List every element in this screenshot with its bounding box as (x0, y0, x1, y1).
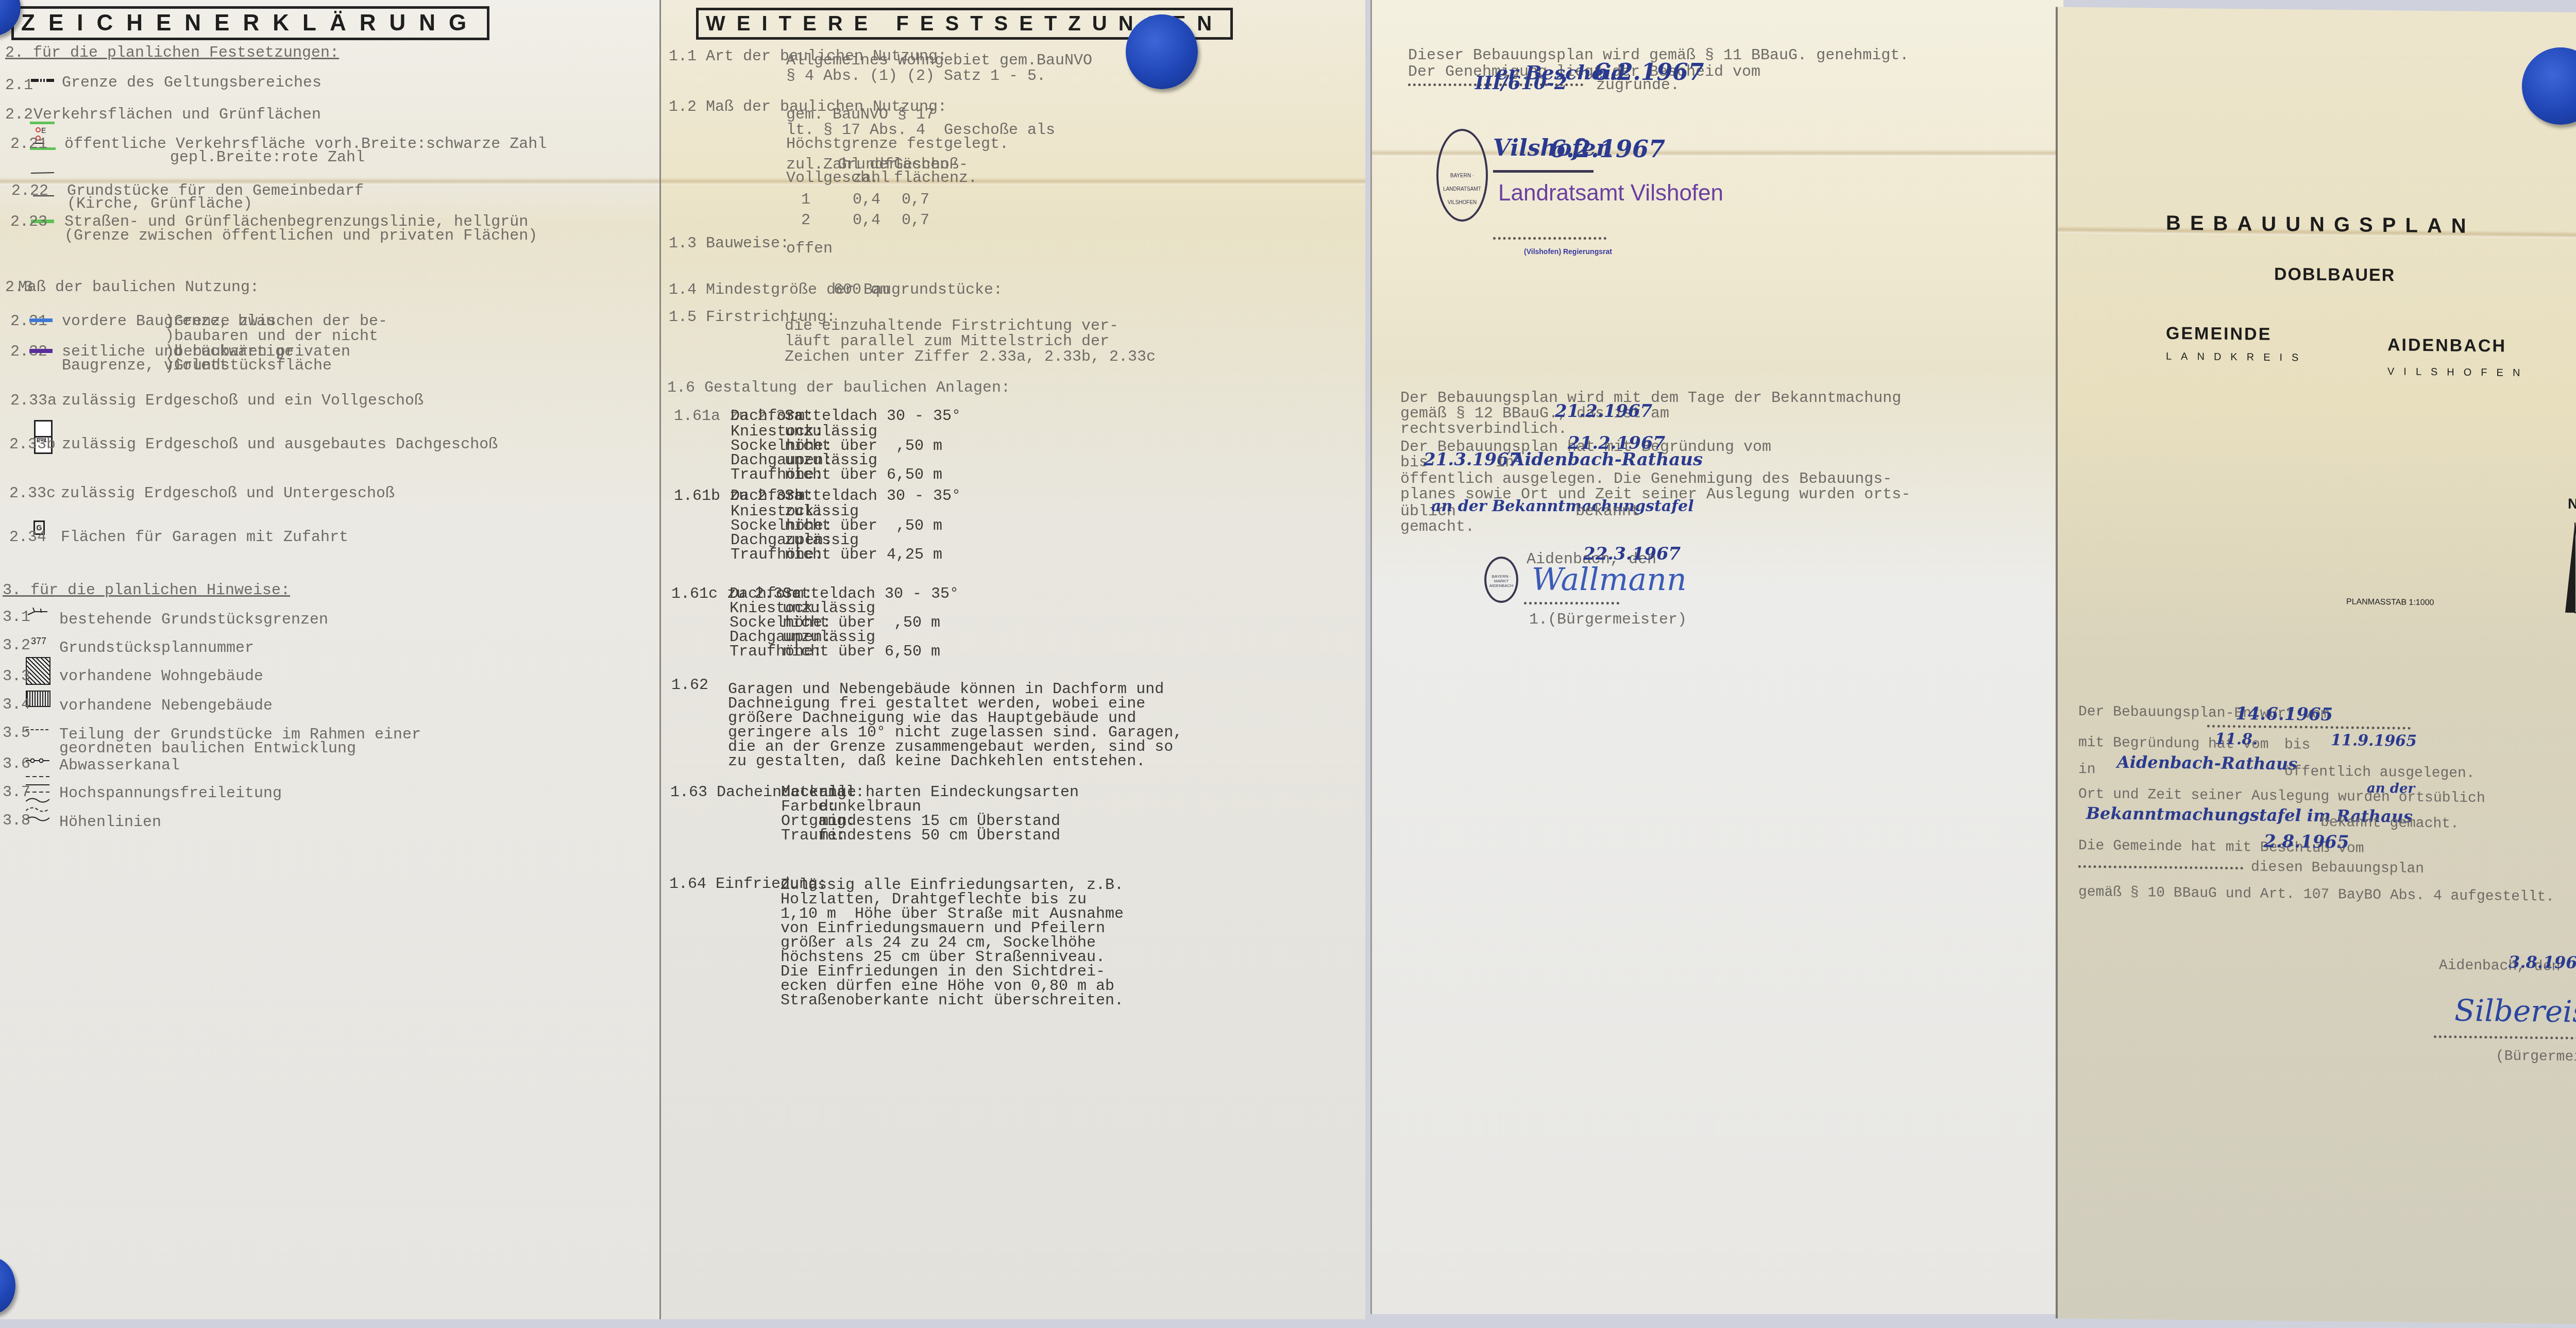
landkreis-label: LANDKREIS (2166, 351, 2308, 364)
authority-stamp: Landratsamt Vilshofen (1498, 180, 1723, 206)
paper-fold (661, 178, 1365, 185)
procedure-text: gemäß § 10 BBauG und Art. 107 BayBO Abs.… (2078, 883, 2554, 907)
item-text: gepl.Breite:rote Zahl (170, 148, 365, 167)
row-value: nicht über 6,50 m (783, 643, 940, 661)
hint-text: vorhandene Nebengebäude (59, 697, 273, 715)
signature-stamp: (Vilshofen) Regierungsrat (1524, 247, 1612, 256)
hint-num: 3.2 (3, 636, 30, 655)
s13-label: 1.3 Bauweise: (669, 234, 789, 253)
title-panel: BEBAUUNGSPLAN DOBLBAUER GEMEINDE AIDENBA… (2056, 7, 2576, 1325)
procedure-text: bis (2284, 736, 2310, 755)
s14-value: 600 qm (834, 281, 889, 299)
item-num: 2.22 (11, 182, 48, 200)
hint-text: Höhenlinien (59, 813, 161, 832)
s11-value: § 4 Abs. (1) (2) Satz 1 - 5. (786, 67, 1046, 86)
table-header: flächenz. (894, 169, 977, 188)
item-text: zulässig Erdgeschoß und Untergeschoß (61, 484, 395, 503)
item-num: 2.33b (9, 435, 56, 454)
item-text: (Grenze zwischen öffentlichen und privat… (64, 227, 537, 245)
table-cell: 2 (801, 211, 810, 230)
svg-text:E: E (41, 126, 46, 135)
s12-value: Höchstgrenze festgelegt. (786, 135, 1009, 154)
table-cell: 0,4 (853, 191, 880, 209)
stamp-text: BAYERN · MARKT AIDENBACH (1489, 574, 1514, 588)
handwritten-date: 22.3.1967 (1583, 544, 1681, 564)
scale-label: PLANMASSTAB 1:1000 (2346, 597, 2434, 608)
north-arrow-icon (2565, 523, 2576, 615)
north-label: N (2568, 496, 2576, 512)
item-num: 2.21 (10, 135, 47, 154)
gemeinde-label: GEMEINDE (2166, 324, 2272, 345)
item-num: 2.34 (9, 528, 46, 547)
handwritten-place: Aidenbach-Rathaus (2117, 752, 2297, 774)
gemeinde-name: AIDENBACH (2387, 335, 2506, 356)
violet-line-icon (29, 349, 53, 354)
table-cell: 0,4 (853, 211, 880, 230)
mayor-signature: Silbereisen (2454, 993, 2576, 1030)
s164-text: Straßenoberkante nicht überschreiten. (781, 991, 1124, 1010)
handwritten-date: 6.2.1967 (1550, 135, 1665, 163)
handwritten-reference: III/610-2 (1475, 72, 1567, 94)
item-text: Verkehrsflächen und Grünflächen (33, 106, 321, 124)
parcel-boundary-icon (27, 607, 50, 617)
s16-label: 1.6 Gestaltung der baulichen Anlagen: (667, 379, 1010, 397)
landkreis-name: VILSHOFEN (2387, 366, 2529, 379)
plan-name: DOBLBAUER (2274, 264, 2395, 285)
dotted-line (2078, 865, 2243, 869)
s162-text: zu gestalten, daß keine Dachkehlen entst… (728, 752, 1145, 771)
bavaria-stamp-vilshofen: BAYERN · LANDRATSAMT VILSHOFEN (1436, 129, 1488, 222)
handwritten-note: an der (2367, 781, 2415, 797)
procedure-text: in (2078, 761, 2096, 779)
signature-label: 1.(Bürgermeister) (1529, 611, 1687, 629)
dotted-line (2207, 725, 2411, 730)
item-num: 2.33c (9, 484, 56, 503)
dotted-line (2434, 1035, 2576, 1039)
item-text: zulässig Erdgeschoß und ein Vollgeschoß (62, 392, 423, 410)
item-text: Flächen für Garagen mit Zufahrt (61, 528, 348, 547)
approval-text: rechtsverbindlich. (1400, 420, 1567, 439)
s13-value: offen (786, 240, 833, 258)
item-num: 2.33a (10, 392, 57, 410)
blue-line-icon (29, 318, 53, 323)
item-num: 2.23 (10, 213, 47, 231)
handwritten-date: 14.6.1965 (2235, 703, 2333, 725)
hint-text: Abwasserkanal (59, 757, 180, 775)
handwritten-date: 11.8. (2215, 730, 2258, 749)
magnet-pin (1126, 14, 1198, 89)
item-num: 2.2 (5, 106, 33, 124)
hint-num: 3.8 (3, 812, 30, 830)
item-text: zulässig Erdgeschoß und ausgebautes Dach… (62, 435, 498, 454)
hint-num: 3.4 (3, 696, 30, 714)
handwritten-place: Aidenbach-Rathaus (1511, 449, 1703, 470)
handwritten-location: an der Bekanntmachungstafel (1431, 497, 1694, 515)
plan-title: BEBAUUNGSPLAN (2166, 212, 2476, 238)
section2-heading: 2. für die planlichen Festsetzungen: (5, 44, 339, 62)
plan-number-symbol: 377 (31, 636, 46, 647)
table-cell: 0,7 (902, 211, 929, 230)
handwritten-date: 2.8.1965 (2264, 831, 2349, 853)
dotted-line (1524, 602, 1619, 604)
legend-title: ZEICHENERKLÄRUNG (11, 6, 489, 40)
hint-text: Hochspannungsfreileitung (59, 784, 282, 803)
s162-label: 1.62 (671, 676, 708, 695)
hint-text: Grundstücksplannummer (59, 639, 254, 658)
table-header: zahl (853, 169, 890, 188)
hint-num: 3.6 (3, 755, 30, 774)
boundary-line-icon (31, 77, 54, 83)
item-text: Grenze des Geltungsbereiches (62, 74, 321, 92)
regulations-panel: WEITERE FESTSETZUNGEN 1.1 Art der baulic… (659, 0, 1365, 1319)
row-value: mindestens 50 cm Überstand (819, 827, 1060, 845)
hint-num: 3.5 (3, 724, 30, 743)
handwritten-date: 21.2.1967 (1555, 401, 1652, 422)
hint-text: bestehende Grundstücksgrenzen (59, 611, 328, 629)
table-cell: 1 (801, 191, 810, 209)
bavaria-stamp-aidenbach: BAYERN · MARKT AIDENBACH (1484, 557, 1518, 603)
procedure-text: bekannt gemacht. (2320, 814, 2459, 834)
approval-text: bekannt (1575, 502, 1640, 521)
approval-text: gemacht. (1400, 518, 1475, 536)
underline (1493, 170, 1594, 173)
mayor-signature: Wallmann (1532, 562, 1687, 598)
item-text: Maß der baulichen Nutzung: (18, 278, 259, 297)
stamp-text: BAYERN · LANDRATSAMT VILSHOFEN (1443, 173, 1481, 206)
signature-label: (Bürgermeister) (2496, 1047, 2576, 1067)
handwritten-date: 11.9.1965 (2331, 731, 2417, 750)
legend-panel: ZEICHENERKLÄRUNG 2. für die planlichen F… (0, 0, 665, 1319)
hint-text: geordneten baulichen Entwicklung (59, 739, 356, 758)
section3-heading: 3. für die planlichen Hinweise: (3, 581, 290, 600)
item-num: 2.1 (5, 76, 33, 95)
approval-panel: Dieser Bebauungsplan wird gemäß § 11 BBa… (1370, 0, 2063, 1314)
procedure-text: öffentlich ausgelegen. (2284, 763, 2475, 783)
dotted-line (1493, 237, 1606, 240)
handwritten-date: 6.2.1967 (1594, 59, 1704, 86)
hint-num: 3.3 (3, 667, 30, 686)
procedure-text: diesen Bebauungsplan (2251, 858, 2424, 879)
handwritten-date: 3.8.1965 (2509, 952, 2576, 973)
item-text: (Kirche, Grünfläche) (67, 195, 252, 213)
s15-value: Zeichen unter Ziffer 2.33a, 2.33b, 2.33c (785, 348, 1156, 366)
hint-num: 3.1 (3, 608, 30, 627)
table-cell: 0,7 (902, 191, 929, 209)
row-value: nicht über 6,50 m (785, 466, 942, 484)
bracket-note: )Grundstücksfläche (165, 357, 332, 375)
row-value: nicht über 4,25 m (785, 546, 942, 564)
hint-text: vorhandene Wohngebäude (59, 667, 263, 686)
